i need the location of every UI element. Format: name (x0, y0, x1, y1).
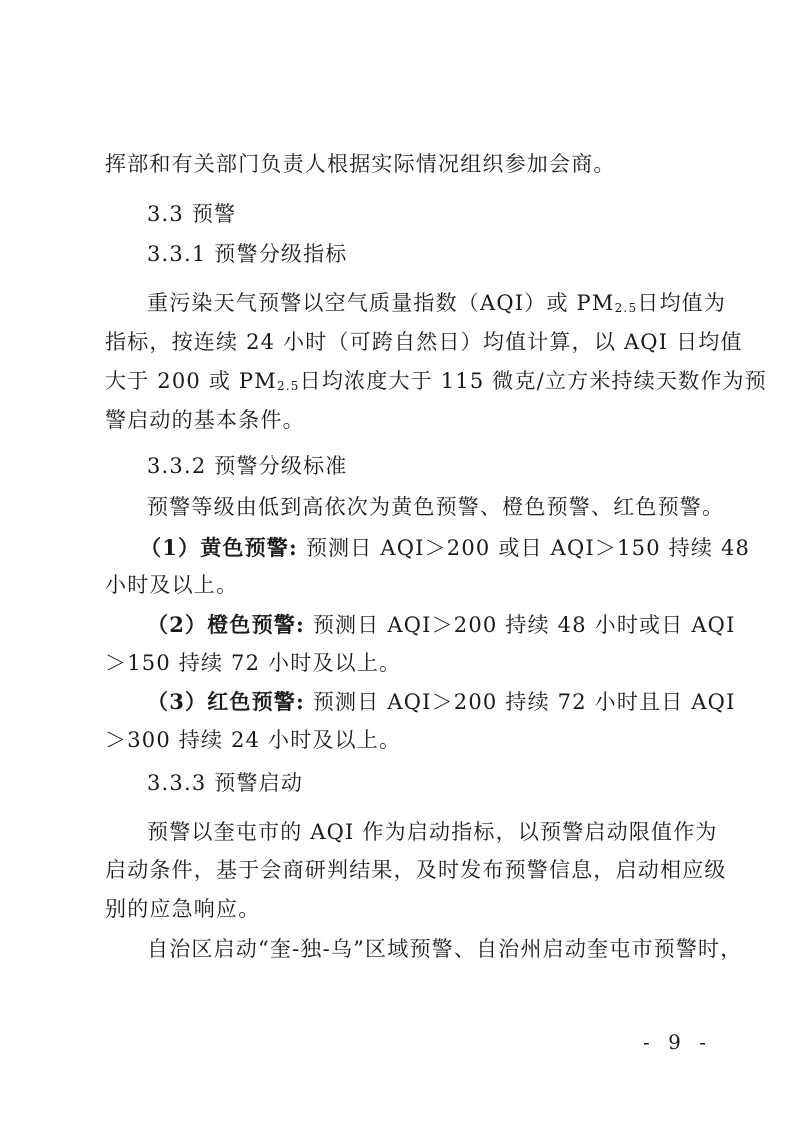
text-run: 日均浓度大于 115 微克/立方米持续天数作为预 (300, 369, 767, 393)
text-run: 预测日 AQI＞200 持续 48 小时或日 AQI (313, 613, 736, 637)
text-run: 预测日 AQI＞200 持续 72 小时且日 AQI (313, 690, 736, 714)
document-page: 挥部和有关部门负责人根据实际情况组织参加会商。 3.3 预警 3.3.1 预警分… (0, 0, 793, 1121)
text-run: 日均值为 (637, 291, 726, 315)
red-warning-line: （3）红色预警: 预测日 AQI＞200 持续 72 小时且日 AQI (147, 688, 737, 716)
paragraph-line: 预警以奎屯市的 AQI 作为启动指标，以预警启动限值作为 (147, 818, 737, 846)
orange-warning-line: （2）橙色预警: 预测日 AQI＞200 持续 48 小时或日 AQI (147, 611, 737, 639)
text-run: 重污染天气预警以空气质量指数（AQI）或 PM (147, 291, 615, 315)
section-heading-3-3-1: 3.3.1 预警分级指标 (147, 240, 737, 268)
paragraph-line: 预警等级由低到高依次为黄色预警、橙色预警、红色预警。 (147, 493, 737, 521)
red-warning-label: （3）红色预警: (147, 689, 305, 714)
section-heading-3-3-2: 3.3.2 预警分级标准 (147, 452, 737, 480)
paragraph-line: ＞300 持续 24 小时及以上。 (105, 726, 695, 754)
paragraph-line: 警启动的基本条件。 (105, 406, 695, 434)
orange-warning-label: （2）橙色预警: (147, 612, 305, 637)
paragraph-line: 启动条件，基于会商研判结果，及时发布预警信息，启动相应级 (105, 856, 695, 884)
yellow-warning-line: （1）黄色预警: 预测日 AQI＞200 或日 AQI＞150 持续 48 (140, 534, 730, 562)
page-number: - 9 - (643, 1030, 712, 1054)
paragraph-line: 别的应急响应。 (105, 895, 695, 923)
subscript: 2.5 (277, 379, 300, 393)
section-heading-3-3: 3.3 预警 (147, 200, 737, 228)
text-run: 大于 200 或 PM (105, 369, 277, 393)
section-heading-3-3-3: 3.3.3 预警启动 (147, 769, 737, 797)
subscript: 2.5 (615, 301, 638, 315)
paragraph-line: 大于 200 或 PM2.5日均浓度大于 115 微克/立方米持续天数作为预 (105, 367, 695, 395)
paragraph-line: ＞150 持续 72 小时及以上。 (105, 649, 695, 677)
paragraph-line: 小时及以上。 (105, 571, 695, 599)
paragraph-line: 重污染天气预警以空气质量指数（AQI）或 PM2.5日均值为 (147, 289, 695, 317)
paragraph-line: 自治区启动“奎-独-乌”区域预警、自治州启动奎屯市预警时， (147, 935, 737, 963)
text-run: 预测日 AQI＞200 或日 AQI＞150 持续 48 (306, 536, 750, 560)
paragraph-line: 指标，按连续 24 小时（可跨自然日）均值计算，以 AQI 日均值 (105, 328, 695, 356)
paragraph-line: 挥部和有关部门负责人根据实际情况组织参加会商。 (105, 150, 695, 178)
yellow-warning-label: （1）黄色预警: (140, 535, 298, 560)
